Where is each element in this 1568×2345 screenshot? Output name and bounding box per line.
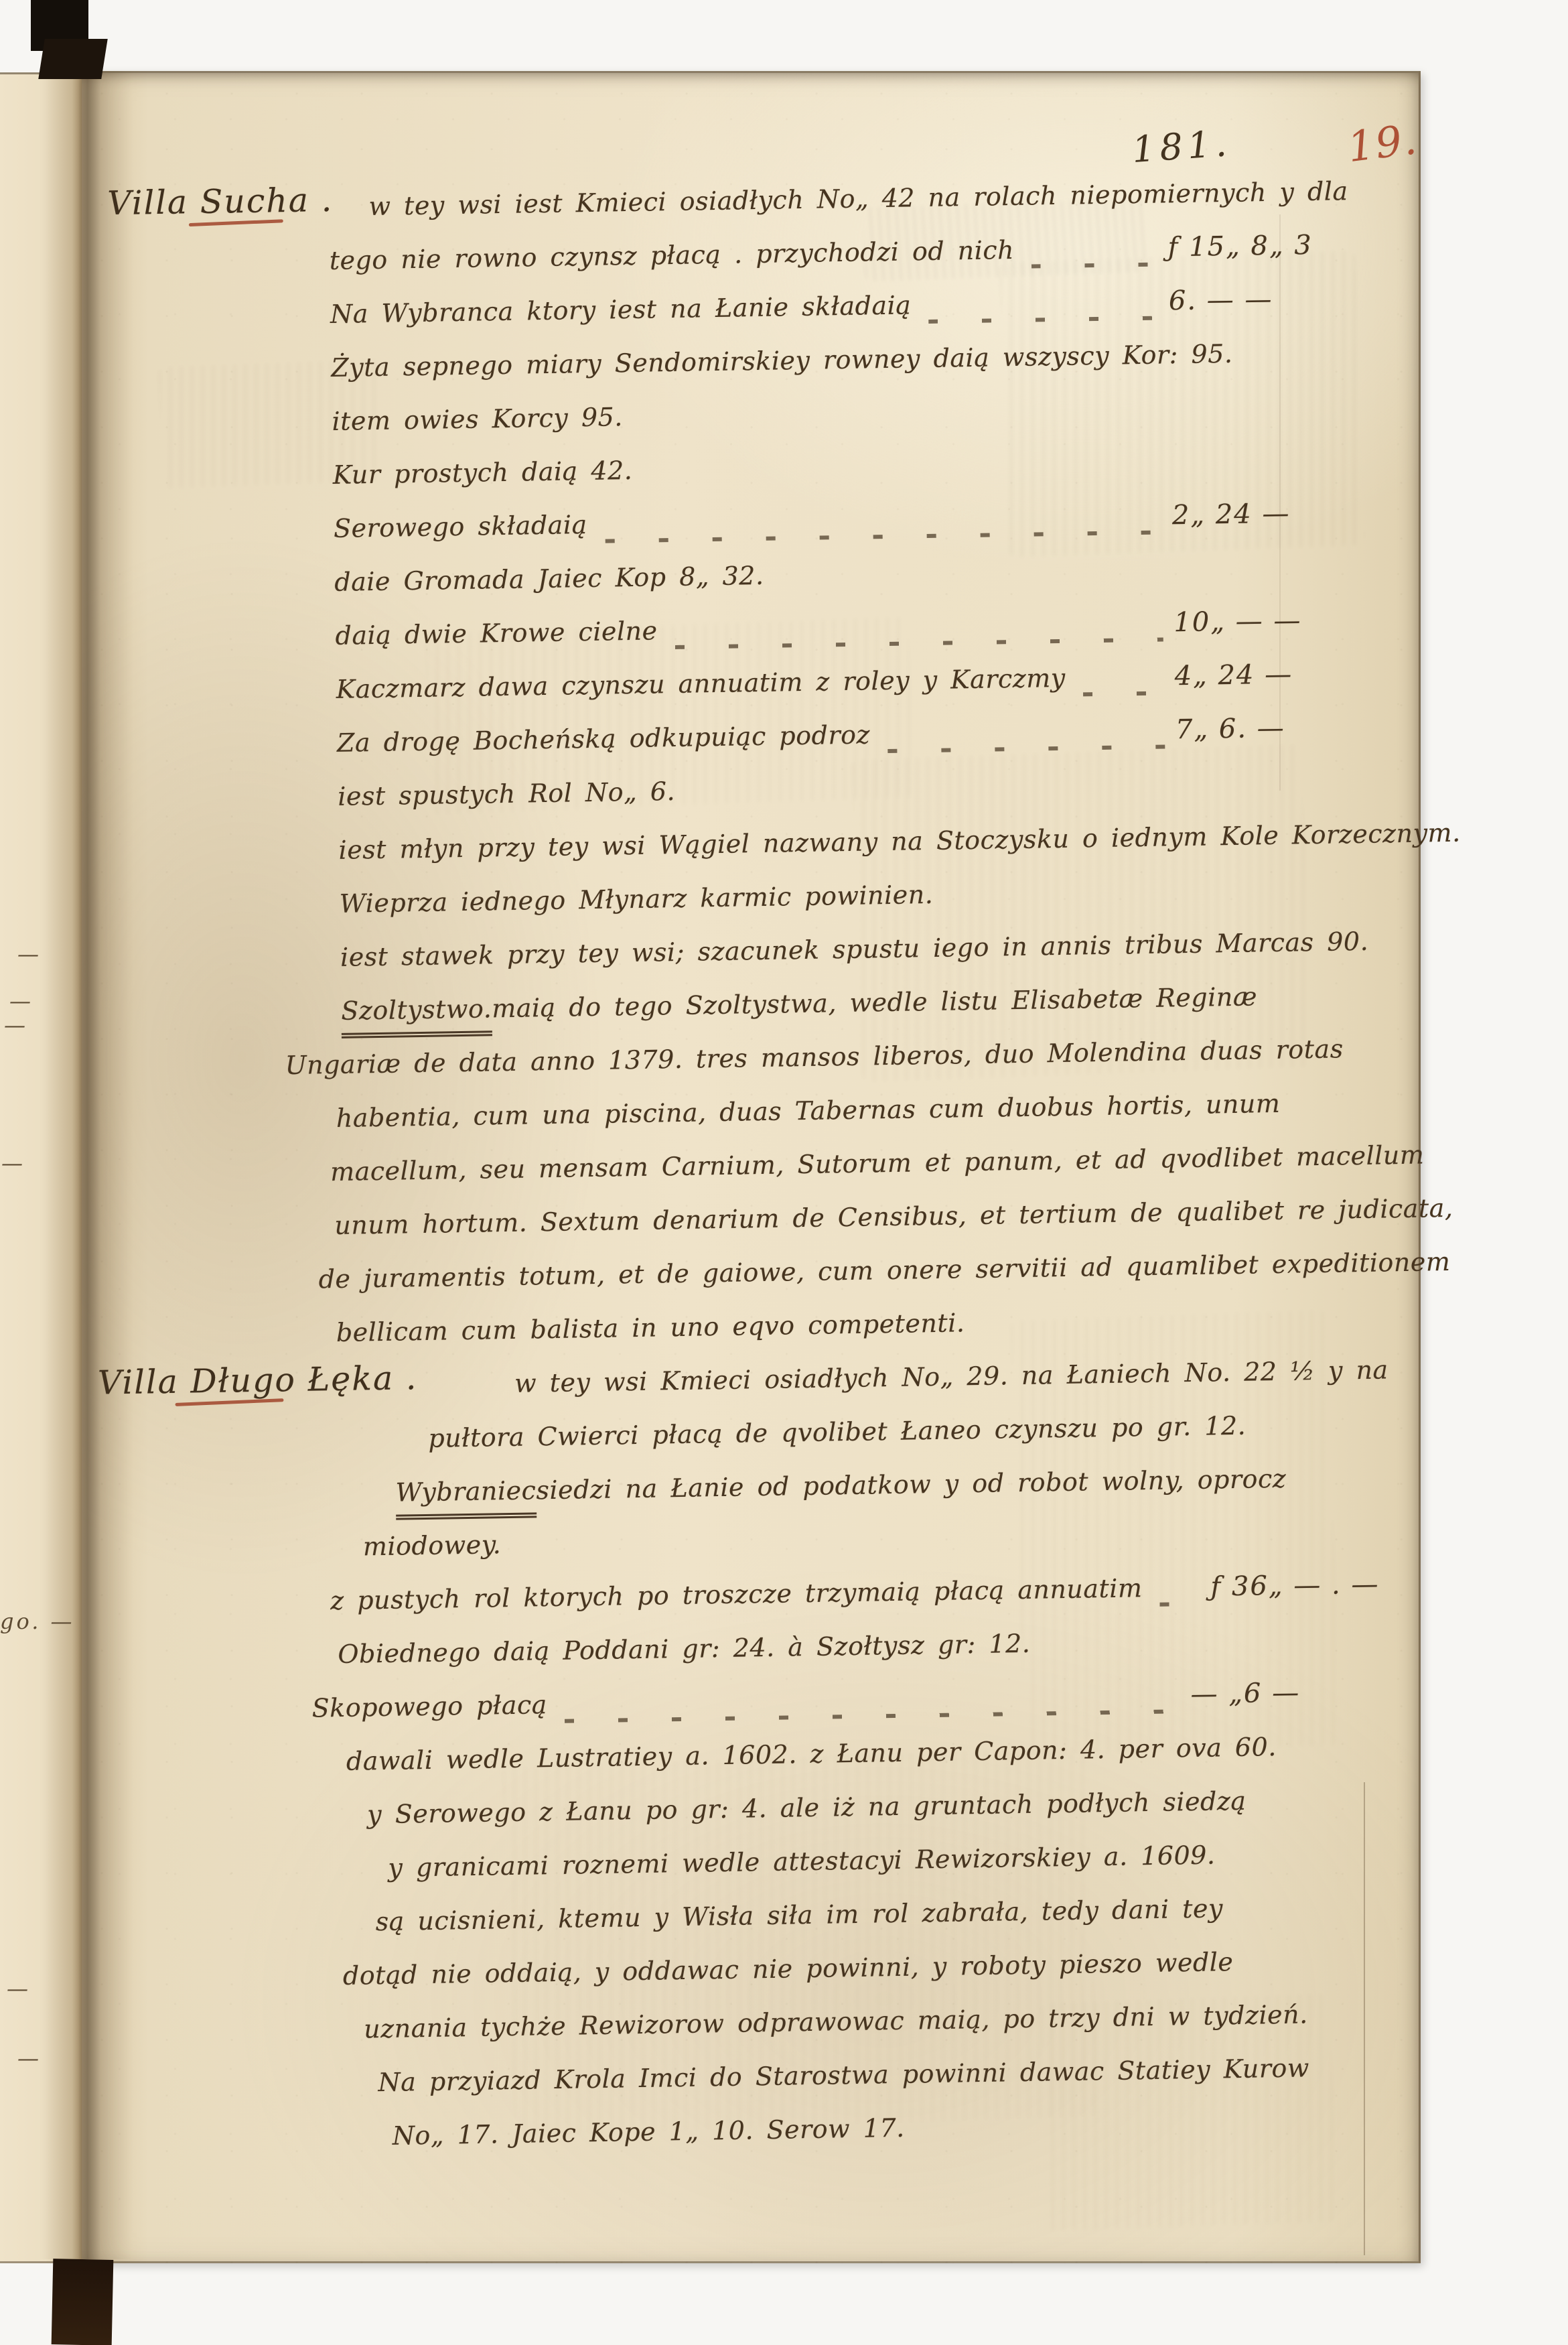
margin-fragment: — — [9, 988, 33, 1014]
section-heading: Villa Sucha . — [107, 179, 334, 225]
line-text: Wieprza iednego Młynarz karmic powinien. — [339, 873, 933, 925]
line-text: item owies Korcy 95. — [332, 395, 623, 443]
manuscript-page: 181. 19. Villa Sucha .w tey wsi iest Kmi… — [82, 71, 1421, 2263]
underlined-term: Szoltystwo. — [341, 987, 492, 1038]
margin-fragment: — — [17, 2046, 42, 2071]
dot-leader — [605, 531, 1161, 543]
underlined-term: Wybraniec — [395, 1469, 537, 1520]
line-text: daie Gromada Jaiec Kop 8„ 32. — [334, 554, 764, 604]
dot-leader — [1031, 263, 1157, 269]
amount-value: 7„ 6. — — [1175, 705, 1390, 751]
line-text: daią dwie Krowe cielne — [335, 609, 658, 657]
dot-leader — [929, 316, 1159, 324]
line-text: Serowego składaią — [334, 503, 588, 550]
amount-value: — „6 — — [1190, 1670, 1405, 1716]
manuscript-text-block: Villa Sucha .w tey wsi iest Kmieci osiad… — [328, 169, 1412, 2168]
line-text: Za drogę Bocheńską odkupuiąc podroz — [337, 713, 871, 764]
folio-number: 181. — [1131, 122, 1232, 171]
manuscript-scan: { "page": { "folio_number": "181.", "pag… — [0, 0, 1568, 2345]
line-text: bellicam cum balista in uno eqvo compete… — [336, 1301, 965, 1354]
bookmark-ribbon-top — [38, 39, 108, 79]
margin-fragment: — — [7, 1976, 31, 2001]
paper-crease — [1279, 214, 1281, 791]
line-text: Kur prostych daią 42. — [332, 449, 632, 496]
amount-value: ƒ 15„ 8„ 3 — [1167, 222, 1382, 269]
amount-value: 6. — — — [1168, 276, 1383, 322]
line-text: w tey wsi iest Kmieci osiadłych No„ 42 n… — [368, 170, 1348, 228]
amount-value: ƒ 36„ — . — — [1210, 1562, 1425, 1609]
section-heading: Villa Długo Łęka . — [98, 1357, 418, 1404]
amount-value: 4„ 24 — — [1174, 651, 1389, 697]
margin-fragment: — — [4, 1012, 28, 1038]
margin-fragment: — — [17, 941, 42, 967]
previous-page-edge: ————go. ——— — [0, 72, 82, 2263]
line-text: Na Wybranca ktory iest na Łanie składaią — [330, 283, 912, 336]
line-text: Skopowego płacą — [311, 1683, 547, 1730]
dot-leader — [675, 638, 1163, 649]
dot-leader — [1083, 691, 1164, 696]
line-text: iest spustych Rol No„ 6. — [338, 770, 676, 818]
dot-leader — [887, 744, 1165, 753]
line-text: miodowey. — [362, 1523, 501, 1568]
page-number-red: 19. — [1345, 115, 1421, 172]
dot-leader — [565, 1709, 1180, 1723]
paper-crease — [1364, 1782, 1365, 2255]
bookmark-ribbon-bottom — [52, 2259, 114, 2345]
margin-fragment: — — [1, 1150, 25, 1176]
margin-fragment: go. — — [0, 1609, 75, 1634]
amount-value: 10„ — — — [1173, 598, 1388, 644]
dot-leader — [1160, 1602, 1200, 1607]
line-text: No„ 17. Jaiec Kope 1„ 10. Serow 17. — [392, 2106, 905, 2157]
